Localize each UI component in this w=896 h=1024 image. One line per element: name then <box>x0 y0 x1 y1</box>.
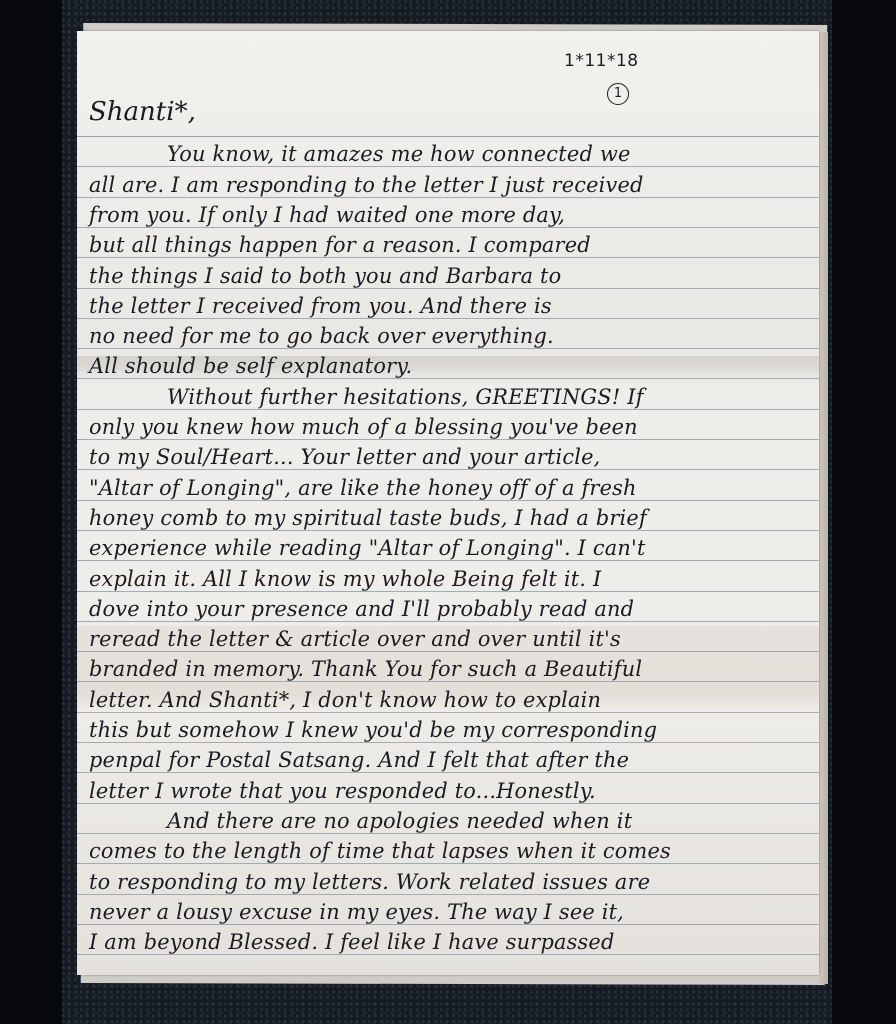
letter-line: but all things happen for a reason. I co… <box>89 230 804 260</box>
page-number-circled: 1 <box>607 83 629 105</box>
letter-line: Without further hesitations, GREETINGS! … <box>167 382 807 412</box>
letter-line: comes to the length of time that lapses … <box>89 836 804 866</box>
letter-paper: 1*11*18 1 Shanti*, You know, it amazes m… <box>77 31 819 975</box>
rule-line <box>77 136 819 137</box>
letter-line: no need for me to go back over everythin… <box>89 321 804 351</box>
letter-line: the letter I received from you. And ther… <box>89 291 804 321</box>
letter-line: branded in memory. Thank You for such a … <box>89 654 804 684</box>
letter-line: honey comb to my spiritual taste buds, I… <box>89 503 804 533</box>
letter-line: explain it. All I know is my whole Being… <box>89 564 804 594</box>
letter-line: I am beyond Blessed. I feel like I have … <box>89 927 804 957</box>
paper-stack-edge <box>818 32 828 984</box>
letter-line: You know, it amazes me how connected we <box>167 139 807 169</box>
letter-line: letter. And Shanti*, I don't know how to… <box>89 685 804 715</box>
letter-line: from you. If only I had waited one more … <box>89 200 804 230</box>
letter-line: "Altar of Longing", are like the honey o… <box>89 473 804 503</box>
letter-line: letter I wrote that you responded to...H… <box>89 776 804 806</box>
letter-line: All should be self explanatory. <box>89 351 804 381</box>
letter-line: to my Soul/Heart... Your letter and your… <box>89 442 804 472</box>
letter-line: to responding to my letters. Work relate… <box>89 867 804 897</box>
letter-line: the things I said to both you and Barbar… <box>89 261 804 291</box>
photo-stage: 1*11*18 1 Shanti*, You know, it amazes m… <box>0 0 896 1024</box>
letter-salutation: Shanti*, <box>89 97 196 127</box>
letter-line: And there are no apologies needed when i… <box>167 806 807 836</box>
letter-date: 1*11*18 <box>564 51 639 71</box>
letter-line: experience while reading "Altar of Longi… <box>89 533 804 563</box>
letter-line: never a lousy excuse in my eyes. The way… <box>89 897 804 927</box>
letter-line: penpal for Postal Satsang. And I felt th… <box>89 745 804 775</box>
letter-line: dove into your presence and I'll probabl… <box>89 594 804 624</box>
letter-line: all are. I am responding to the letter I… <box>89 170 804 200</box>
letter-line: reread the letter & article over and ove… <box>89 624 804 654</box>
letter-line: only you knew how much of a blessing you… <box>89 412 804 442</box>
letter-line: this but somehow I knew you'd be my corr… <box>89 715 804 745</box>
